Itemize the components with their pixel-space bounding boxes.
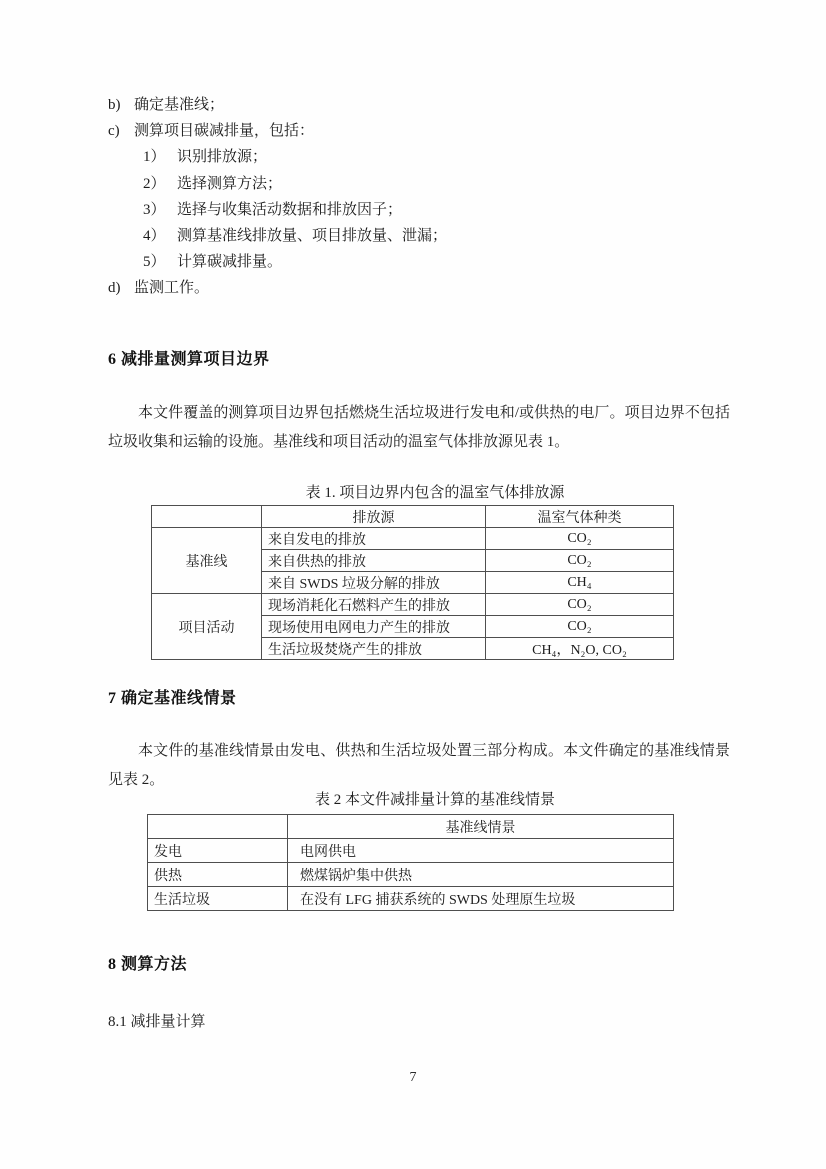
sub-item-1: 1）识别排放源； xyxy=(108,144,748,170)
section-8-1-subheading: 8.1 减排量计算 xyxy=(108,1011,206,1033)
table-2-header-cell: 基准线情景 xyxy=(288,815,674,839)
scenario-value-cell: 电网供电 xyxy=(288,839,674,863)
table-2-header-row: 基准线情景 xyxy=(148,815,674,839)
list-marker: 3） xyxy=(143,197,177,223)
list-text: 确定基准线； xyxy=(134,97,224,113)
list-marker: 2） xyxy=(143,171,177,197)
list-marker: 1） xyxy=(143,144,177,170)
emission-source-cell: 来自 SWDS 垃圾分解的排放 xyxy=(262,572,486,594)
list-text: 计算碳减排量。 xyxy=(177,254,282,270)
group-label-project-activity: 项目活动 xyxy=(152,594,262,660)
table-1-header-cell xyxy=(152,506,262,528)
scenario-category-cell: 供热 xyxy=(148,863,288,887)
table-row: 供热 燃煤锅炉集中供热 xyxy=(148,863,674,887)
emission-source-cell: 现场使用电网电力产生的排放 xyxy=(262,616,486,638)
table-row: 发电 电网供电 xyxy=(148,839,674,863)
gas-type-cell: CH₄，N₂O, CO₂ xyxy=(486,638,674,660)
sub-item-2: 2）选择测算方法； xyxy=(108,171,748,197)
sub-item-5: 5）计算碳减排量。 xyxy=(108,249,748,275)
scenario-category-cell: 发电 xyxy=(148,839,288,863)
gas-type-cell: CO₂ xyxy=(486,594,674,616)
list-text: 选择与收集活动数据和排放因子； xyxy=(177,202,402,218)
gas-type-cell: CO₂ xyxy=(486,528,674,550)
emission-source-cell: 来自供热的排放 xyxy=(262,550,486,572)
section-7-paragraph: 本文件的基准线情景由发电、供热和生活垃圾处置三部分构成。本文件确定的基准线情景见… xyxy=(108,737,730,794)
list-item-c: c)测算项目碳减排量，包括： xyxy=(108,118,748,144)
list-text: 测算项目碳减排量，包括： xyxy=(134,123,314,139)
list-marker: b) xyxy=(108,92,134,118)
table-2-header-cell xyxy=(148,815,288,839)
section-6-paragraph: 本文件覆盖的测算项目边界包括燃烧生活垃圾进行发电和/或供热的电厂。项目边界不包括… xyxy=(108,399,730,456)
table-2-title: 表 2 本文件减排量计算的基准线情景 xyxy=(130,790,740,810)
section-7-heading: 7 确定基准线情景 xyxy=(108,688,237,710)
scenario-category-cell: 生活垃圾 xyxy=(148,887,288,911)
list-text: 测算基准线排放量、项目排放量、泄漏； xyxy=(177,228,447,244)
gas-type-cell: CO₂ xyxy=(486,616,674,638)
gas-type-cell: CO₂ xyxy=(486,550,674,572)
table-1-header-cell: 排放源 xyxy=(262,506,486,528)
section-6-heading: 6 减排量测算项目边界 xyxy=(108,349,270,371)
table-row: 生活垃圾 在没有 LFG 捕获系统的 SWDS 处理原生垃圾 xyxy=(148,887,674,911)
table-row: 项目活动 现场消耗化石燃料产生的排放 CO₂ xyxy=(152,594,674,616)
emission-source-cell: 来自发电的排放 xyxy=(262,528,486,550)
list-text: 识别排放源； xyxy=(177,149,267,165)
table-1-title: 表 1. 项目边界内包含的温室气体排放源 xyxy=(130,483,740,503)
table-2: 基准线情景 发电 电网供电 供热 燃煤锅炉集中供热 生活垃圾 在没有 LFG 捕… xyxy=(147,814,674,911)
list-marker: d) xyxy=(108,275,134,301)
procedure-list: b)确定基准线； c)测算项目碳减排量，包括： 1）识别排放源； 2）选择测算方… xyxy=(108,92,748,302)
list-item-d: d)监测工作。 xyxy=(108,275,748,301)
list-text: 监测工作。 xyxy=(134,280,209,296)
table-1-header-cell: 温室气体种类 xyxy=(486,506,674,528)
list-marker: 4） xyxy=(143,223,177,249)
gas-type-cell: CH₄ xyxy=(486,572,674,594)
scenario-value-cell: 燃煤锅炉集中供热 xyxy=(288,863,674,887)
sub-item-3: 3）选择与收集活动数据和排放因子； xyxy=(108,197,748,223)
table-row: 基准线 来自发电的排放 CO₂ xyxy=(152,528,674,550)
scenario-value-cell: 在没有 LFG 捕获系统的 SWDS 处理原生垃圾 xyxy=(288,887,674,911)
list-item-b: b)确定基准线； xyxy=(108,92,748,118)
emission-source-cell: 现场消耗化石燃料产生的排放 xyxy=(262,594,486,616)
document-page: b)确定基准线； c)测算项目碳减排量，包括： 1）识别排放源； 2）选择测算方… xyxy=(0,0,826,1169)
list-marker: c) xyxy=(108,118,134,144)
group-label-baseline: 基准线 xyxy=(152,528,262,594)
list-text: 选择测算方法； xyxy=(177,176,282,192)
emission-source-cell: 生活垃圾焚烧产生的排放 xyxy=(262,638,486,660)
table-1: 排放源 温室气体种类 基准线 来自发电的排放 CO₂ 来自供热的排放 CO₂ 来… xyxy=(151,505,674,660)
page-number: 7 xyxy=(0,1068,826,1088)
list-marker: 5） xyxy=(143,249,177,275)
sub-item-4: 4）测算基准线排放量、项目排放量、泄漏； xyxy=(108,223,748,249)
table-1-header-row: 排放源 温室气体种类 xyxy=(152,506,674,528)
section-8-heading: 8 测算方法 xyxy=(108,954,187,976)
